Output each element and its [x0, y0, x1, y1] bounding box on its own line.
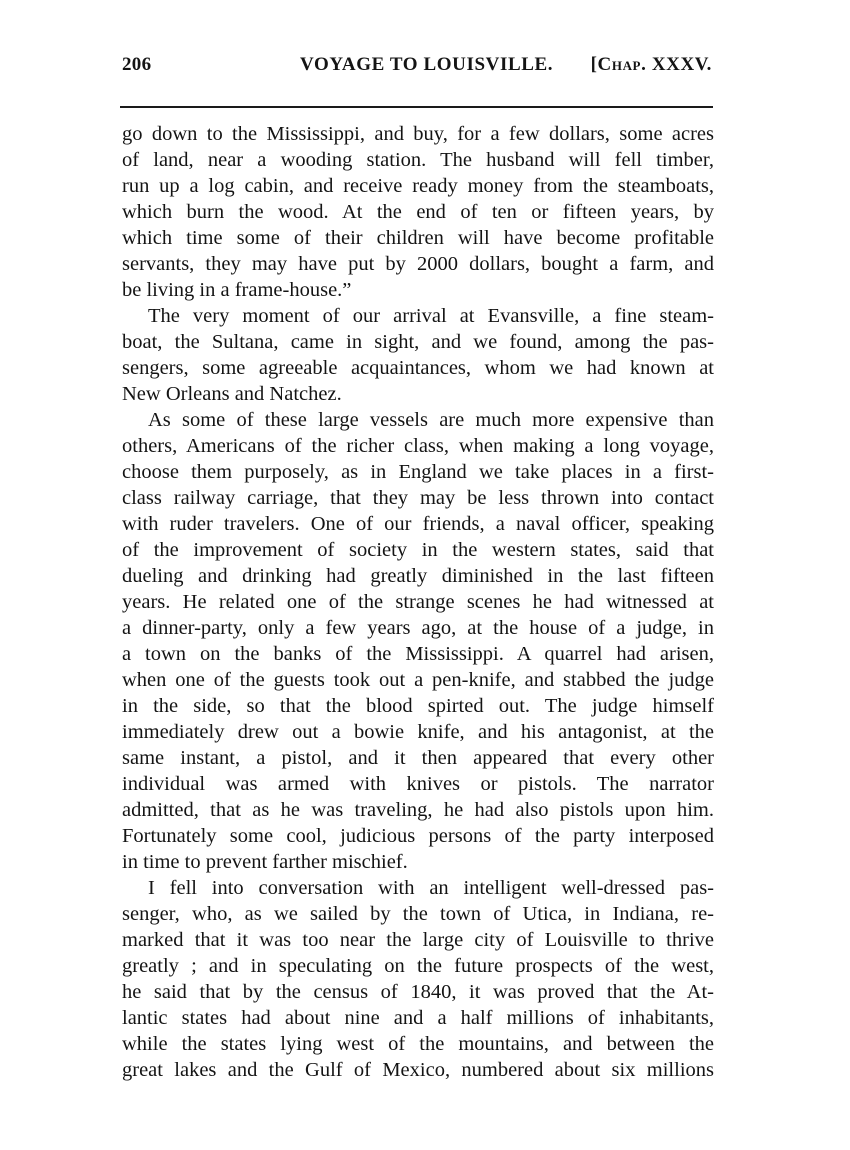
chapter-label: Chap. — [598, 54, 647, 75]
text-line: a dinner-party, only a few years ago, at… — [122, 615, 714, 641]
text-line: choose them purposely, as in England we … — [122, 459, 714, 485]
text-line: in time to prevent farther mischief. — [122, 849, 714, 875]
text-line: go down to the Mississippi, and buy, for… — [122, 121, 714, 147]
paragraph: The very moment of our arrival at Evansv… — [122, 303, 714, 407]
text-line: servants, they may have put by 2000 doll… — [122, 251, 714, 277]
running-head: 206 VOYAGE TO LOUISVILLE. [Chap. XXXV. — [122, 54, 712, 80]
text-line: which burn the wood. At the end of ten o… — [122, 199, 714, 225]
text-line: senger, who, as we sailed by the town of… — [122, 901, 714, 927]
text-line: be living in a frame-house.” — [122, 277, 714, 303]
text-line: lantic states had about nine and a half … — [122, 1005, 714, 1031]
text-line: sengers, some agreeable acquaintances, w… — [122, 355, 714, 381]
header-rule — [120, 106, 713, 108]
text-line: same instant, a pistol, and it then appe… — [122, 745, 714, 771]
page-number: 206 — [122, 54, 151, 76]
text-line: dueling and drinking had greatly diminis… — [122, 563, 714, 589]
text-line: marked that it was too near the large ci… — [122, 927, 714, 953]
text-line: admitted, that as he was traveling, he h… — [122, 797, 714, 823]
chapter-bracket: [ — [591, 54, 598, 75]
running-title: VOYAGE TO LOUISVILLE. — [300, 54, 553, 76]
text-line: great lakes and the Gulf of Mexico, numb… — [122, 1057, 714, 1083]
text-line: a town on the banks of the Mississippi. … — [122, 641, 714, 667]
text-line: of land, near a wooding station. The hus… — [122, 147, 714, 173]
text-line: boat, the Sultana, came in sight, and we… — [122, 329, 714, 355]
chapter-number: XXXV. — [652, 54, 712, 75]
text-line: immediately drew out a bowie knife, and … — [122, 719, 714, 745]
text-line: class railway carriage, that they may be… — [122, 485, 714, 511]
text-line: with ruder travelers. One of our friends… — [122, 511, 714, 537]
paragraph: go down to the Mississippi, and buy, for… — [122, 121, 714, 303]
book-page: 206 VOYAGE TO LOUISVILLE. [Chap. XXXV. g… — [0, 0, 850, 1150]
text-line: in the side, so that the blood spirted o… — [122, 693, 714, 719]
paragraph: As some of these large vessels are much … — [122, 407, 714, 875]
text-line: when one of the guests took out a pen-kn… — [122, 667, 714, 693]
text-line: greatly ; and in speculating on the futu… — [122, 953, 714, 979]
text-line: years. He related one of the strange sce… — [122, 589, 714, 615]
paragraph: I fell into conversation with an intelli… — [122, 875, 714, 1083]
text-line: which time some of their children will h… — [122, 225, 714, 251]
text-line: New Orleans and Natchez. — [122, 381, 714, 407]
text-line: of the improvement of society in the wes… — [122, 537, 714, 563]
text-line: I fell into conversation with an intelli… — [122, 875, 714, 901]
text-line: Fortunately some cool, judicious persons… — [122, 823, 714, 849]
text-line: while the states lying west of the mount… — [122, 1031, 714, 1057]
text-line: others, Americans of the richer class, w… — [122, 433, 714, 459]
text-line: he said that by the census of 1840, it w… — [122, 979, 714, 1005]
chapter-reference: [Chap. XXXV. — [591, 54, 712, 76]
text-line: run up a log cabin, and receive ready mo… — [122, 173, 714, 199]
body-text: go down to the Mississippi, and buy, for… — [122, 121, 714, 1083]
text-line: The very moment of our arrival at Evansv… — [122, 303, 714, 329]
text-line: individual was armed with knives or pist… — [122, 771, 714, 797]
text-line: As some of these large vessels are much … — [122, 407, 714, 433]
